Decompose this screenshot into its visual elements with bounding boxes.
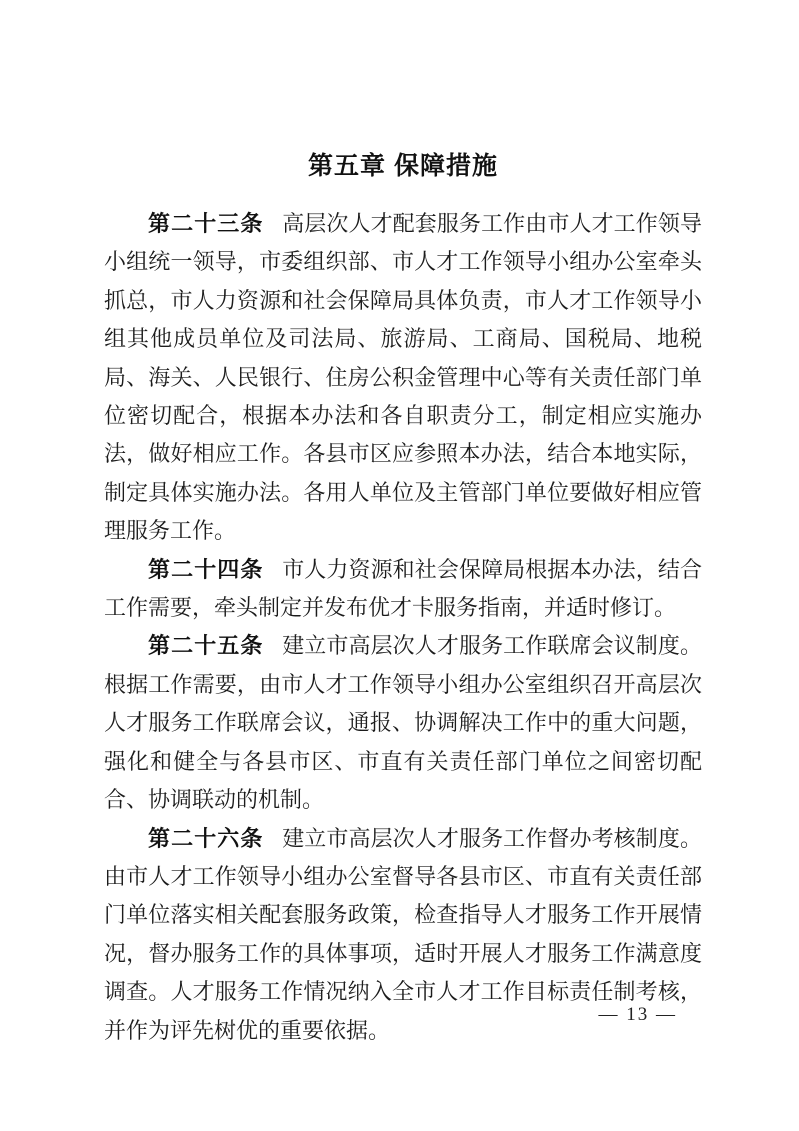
paragraph-article-25: 第二十五条建立市高层次人才服务工作联席会议制度。根据工作需要，由市人才工作领导小… [104,627,702,819]
article-number: 第二十五条 [148,633,264,658]
article-number: 第二十四条 [148,557,264,582]
page-number: — 13 — [599,1003,678,1027]
paragraph-text: 建立市高层次人才服务工作联席会议制度。根据工作需要，由市人才工作领导小组办公室组… [104,633,702,812]
paragraph-article-24: 第二十四条市人力资源和社会保障局根据本办法，结合工作需要，牵头制定并发布优才卡服… [104,551,702,628]
chapter-title: 第五章 保障措施 [104,150,702,182]
paragraph-article-23: 第二十三条高层次人才配套服务工作由市人才工作领导小组统一领导，市委组织部、市人才… [104,205,702,551]
paragraph-text: 高层次人才配套服务工作由市人才工作领导小组统一领导，市委组织部、市人才工作领导小… [104,211,702,543]
document-content: 第五章 保障措施 第二十三条高层次人才配套服务工作由市人才工作领导小组统一领导，… [104,150,702,1050]
article-number: 第二十三条 [148,211,264,236]
article-number: 第二十六条 [148,826,264,851]
document-page: 第五章 保障措施 第二十三条高层次人才配套服务工作由市人才工作领导小组统一领导，… [0,0,799,1131]
